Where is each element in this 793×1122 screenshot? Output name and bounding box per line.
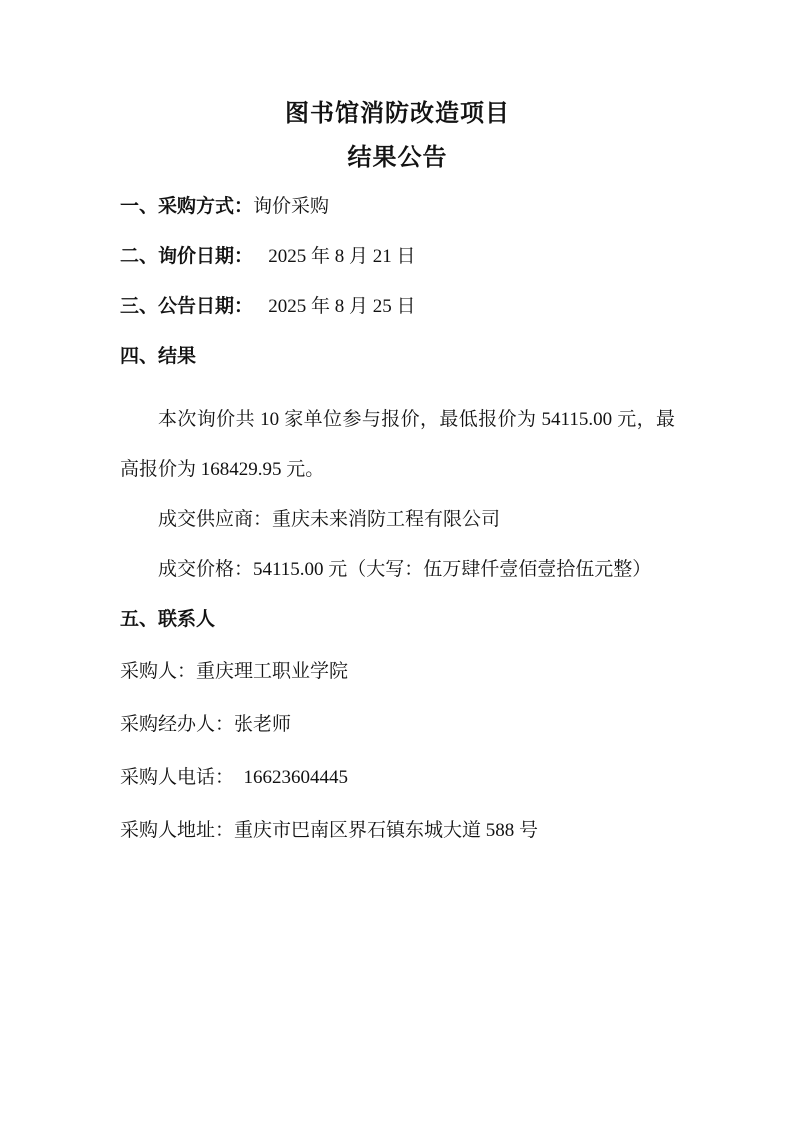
title-line-announcement: 结果公告: [120, 136, 675, 180]
result-section-heading: 四、结果: [120, 332, 675, 382]
contact-agent-line: 采购经办人：张老师: [120, 698, 675, 751]
contact-buyer-line: 采购人：重庆理工职业学院: [120, 645, 675, 698]
announce-date-value: 2025 年 8 月 25 日: [268, 296, 415, 317]
item-announce-date: 三、公告日期：2025 年 8 月 25 日: [120, 282, 675, 332]
title-line-project: 图书馆消防改造项目: [120, 92, 675, 136]
purchase-method-label: 一、采购方式：: [120, 196, 253, 217]
deal-price-line: 成交价格：54115.00 元（大写：伍万肆仟壹佰壹拾伍元整）: [120, 545, 675, 595]
contact-phone-line: 采购人电话： 16623604445: [120, 751, 675, 804]
contact-section-heading: 五、联系人: [120, 595, 675, 645]
contact-lines: 采购人：重庆理工职业学院 采购经办人：张老师 采购人电话： 1662360444…: [120, 645, 675, 857]
document-page: 图书馆消防改造项目 结果公告 一、采购方式：询价采购 二、询价日期：2025 年…: [0, 0, 793, 1122]
winning-supplier-line: 成交供应商：重庆未来消防工程有限公司: [120, 495, 675, 545]
inquiry-date-value: 2025 年 8 月 21 日: [268, 246, 415, 267]
item-purchase-method: 一、采购方式：询价采购: [120, 182, 675, 232]
announce-date-label: 三、公告日期：: [120, 296, 253, 317]
inquiry-date-label: 二、询价日期：: [120, 246, 253, 267]
contact-address-line: 采购人地址：重庆市巴南区界石镇东城大道 588 号: [120, 804, 675, 857]
numbered-items: 一、采购方式：询价采购 二、询价日期：2025 年 8 月 21 日 三、公告日…: [120, 182, 675, 382]
purchase-method-value: 询价采购: [253, 196, 329, 217]
document-title: 图书馆消防改造项目 结果公告: [120, 92, 675, 180]
result-summary-paragraph: 本次询价共 10 家单位参与报价，最低报价为 54115.00 元，最高报价为 …: [120, 395, 675, 495]
item-inquiry-date: 二、询价日期：2025 年 8 月 21 日: [120, 232, 675, 282]
